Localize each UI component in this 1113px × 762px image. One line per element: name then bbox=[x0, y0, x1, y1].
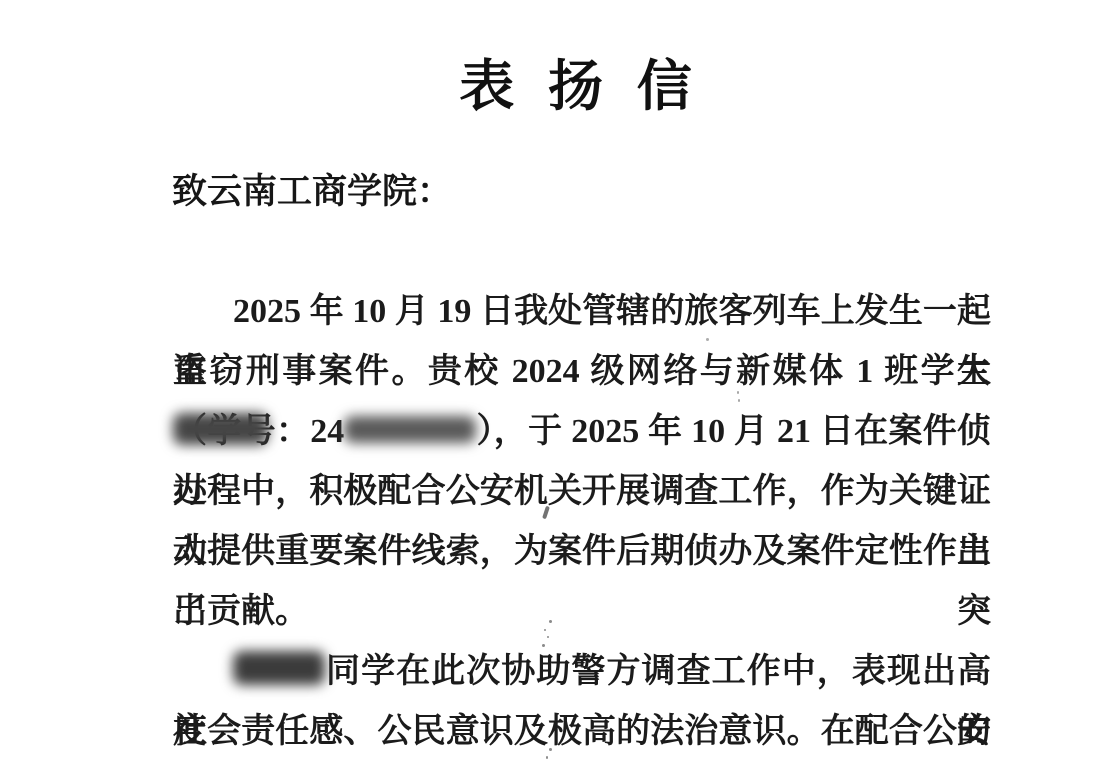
scan-speck bbox=[549, 748, 552, 751]
paragraph1-line4: 过程中，积极配合公安机关开展调查工作，作为关键证人主 bbox=[173, 462, 991, 522]
scan-speck bbox=[542, 644, 545, 647]
scan-speck bbox=[737, 391, 739, 394]
paragraph1-line1: 2025 年 10 月 19 日我处管辖的旅客列车上发生一起重大 bbox=[173, 282, 991, 342]
paragraph2-line2: 社会责任感、公民意识及极高的法治意识。在配合公安机关 bbox=[173, 702, 991, 762]
scanned-letter-page: 表 扬 信 致云南工商学院： 2025 年 10 月 19 日我处管辖的旅客列车… bbox=[0, 0, 1113, 762]
scan-speck bbox=[546, 756, 548, 759]
paragraph2-line1: 同学在此次协助警方调查工作中，表现出高度的 bbox=[173, 642, 991, 702]
scan-speck bbox=[549, 620, 552, 623]
paragraph1-line2-text: 盗窃刑事案件。贵校 2024 级网络与新媒体 1 班学生 bbox=[173, 353, 991, 390]
redacted-student-name-blur-2 bbox=[233, 651, 325, 685]
scan-speck bbox=[706, 338, 709, 341]
scan-speck bbox=[547, 636, 549, 638]
salutation-line: 致云南工商学院： bbox=[172, 162, 452, 222]
letter-body: 2025 年 10 月 19 日我处管辖的旅客列车上发生一起重大 盗窃刑事案件。… bbox=[173, 282, 991, 762]
letter-title: 表 扬 信 bbox=[0, 42, 1113, 121]
paragraph1-line3: （学号：24），于 2025 年 10 月 21 日在案件侦办 bbox=[173, 402, 991, 462]
redacted-student-name-blur bbox=[173, 413, 268, 445]
scan-speck bbox=[738, 399, 740, 402]
redacted-student-id-blur bbox=[344, 416, 476, 443]
paragraph1-line2: 盗窃刑事案件。贵校 2024 级网络与新媒体 1 班学生 bbox=[173, 342, 991, 402]
paragraph1-line5: 动提供重要案件线索，为案件后期侦办及案件定性作出了突 bbox=[173, 522, 991, 582]
scan-speck bbox=[544, 629, 546, 631]
